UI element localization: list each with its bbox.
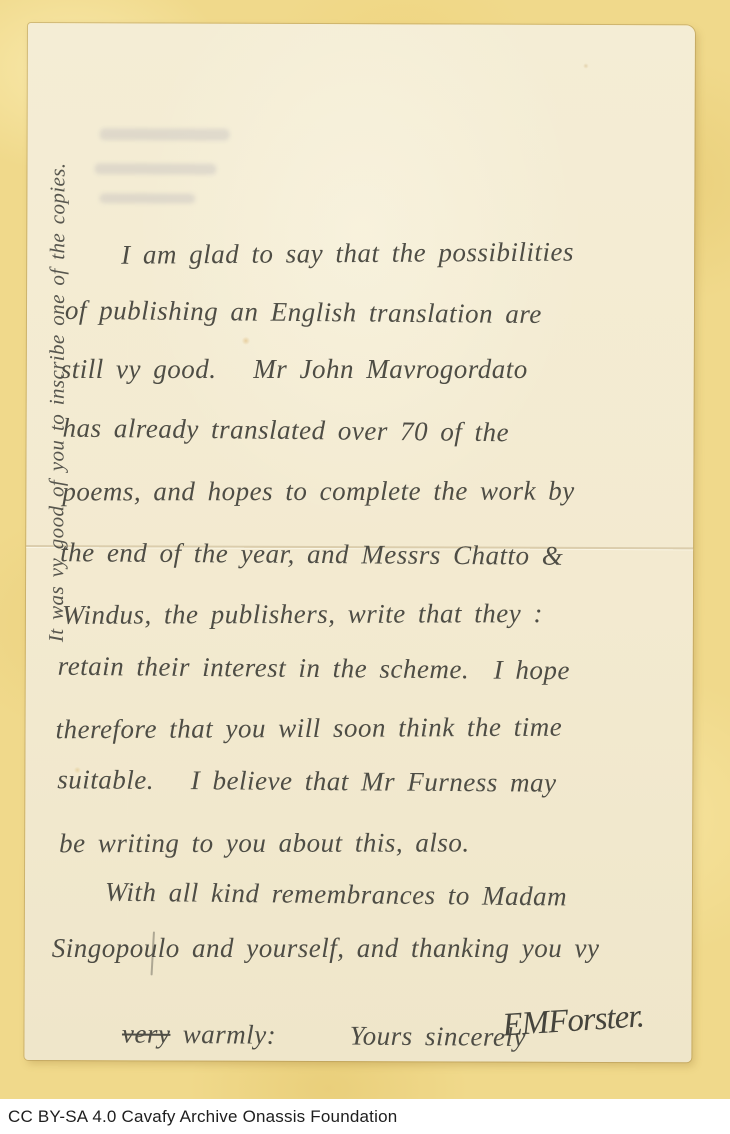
bleedthrough-line (99, 193, 195, 203)
letter-line: still vy good. Mr John Mavrogordato (61, 354, 528, 385)
letter-line: Singopoulo and yourself, and thanking yo… (52, 933, 600, 964)
letter-line-closing: very warmly: Yours sincerely (48, 987, 526, 1084)
scan-backdrop: It was vy good of you to inscribe one of… (0, 0, 730, 1134)
license-attribution: CC BY-SA 4.0 Cavafy Archive Onassis Foun… (0, 1099, 730, 1134)
letter-line: With all kind remembrances to Madam (105, 877, 567, 913)
letter-line: has already translated over 70 of the (62, 413, 509, 449)
letter-line: therefore that you will soon think the t… (55, 712, 562, 746)
letter-line: be writing to you about this, also. (59, 827, 470, 859)
letter-line: retain their interest in the scheme. I h… (58, 651, 570, 686)
signature: EMForster. (501, 998, 644, 1044)
attribution-bar: CC BY-SA 4.0 Cavafy Archive Onassis Foun… (0, 1099, 730, 1134)
bleedthrough-line (100, 128, 230, 140)
letter-page: It was vy good of you to inscribe one of… (24, 23, 695, 1062)
letter-line: suitable. I believe that Mr Furness may (57, 764, 556, 798)
letter-line: Windus, the publishers, write that they … (62, 598, 543, 631)
closing-text: warmly: Yours sincerely (170, 1019, 526, 1052)
letter-line: poems, and hopes to complete the work by (62, 476, 574, 508)
bleedthrough-line (94, 163, 216, 174)
letter-line: I am glad to say that the possibilities (121, 237, 574, 271)
letter-line: the end of the year, and Messrs Chatto & (60, 537, 563, 572)
struck-word: very (122, 1018, 171, 1048)
letter-line: of publishing an English translation are (65, 295, 542, 330)
